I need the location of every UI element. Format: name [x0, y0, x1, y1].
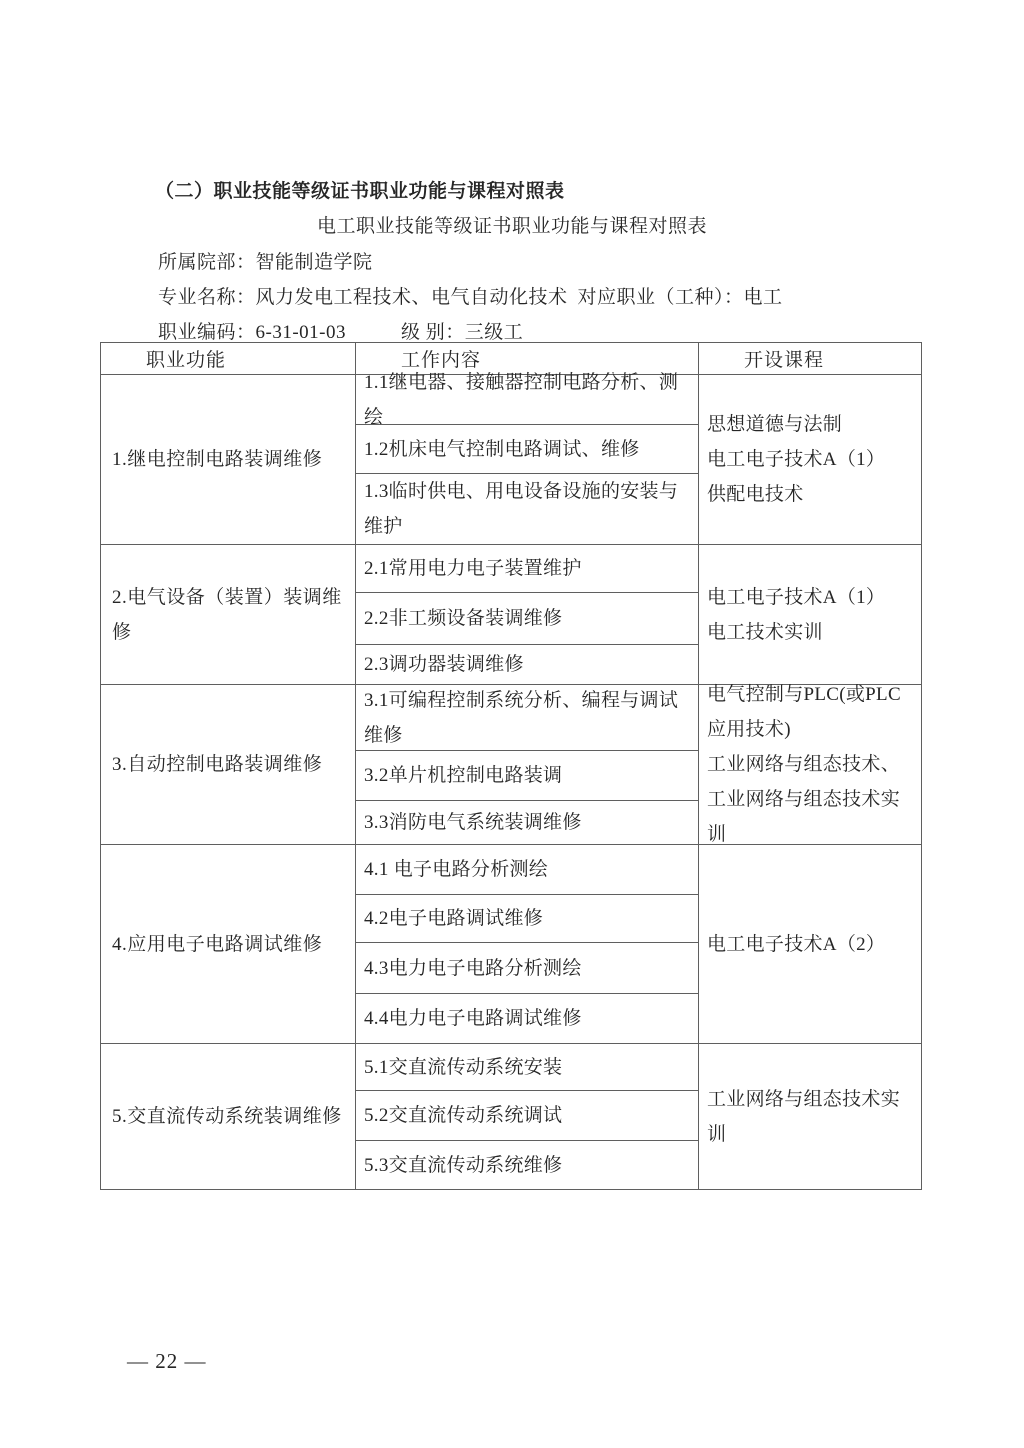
level-label: 级 别：: [401, 322, 465, 343]
course-item: 电工电子技术A（1）: [707, 580, 915, 615]
task-cell: 4.3电力电子电路分析测绘: [356, 942, 698, 993]
task-cell: 2.2非工频设备装调维修: [356, 592, 698, 644]
courses-cell: 工业网络与组态技术实训: [699, 1044, 921, 1189]
tasks-cell-group: 5.1交直流传动系统安装 5.2交直流传动系统调试 5.3交直流传动系统维修: [356, 1044, 699, 1189]
course-item: 电工电子技术A（2）: [707, 927, 915, 962]
page-number: — 22 —: [127, 1349, 207, 1374]
task-cell: 1.3临时供电、用电设备设施的安装与维护: [356, 473, 698, 544]
task-cell: 4.2电子电路调试维修: [356, 894, 698, 942]
tasks-cell-group: 3.1可编程控制系统分析、编程与调试维修 3.2单片机控制电路装调 3.3消防电…: [356, 685, 699, 844]
code-level-info: 职业编码：6-31-01-03级 别：三级工: [158, 317, 523, 344]
function-cell: 4.应用电子电路调试维修: [101, 845, 356, 1043]
course-item: 供配电技术: [707, 477, 915, 512]
table-row: 1.继电控制电路装调维修 1.1继电器、接触器控制电路分析、测绘 1.2机床电气…: [101, 374, 921, 544]
course-item: 电气控制与PLC(或PLC应用技术): [707, 677, 915, 747]
col-header-courses: 开设课程: [699, 343, 921, 374]
major-info: 专业名称：风力发电工程技术、电气自动化技术对应职业（工种）：电工: [158, 282, 783, 309]
course-item: 工业网络与组态技术、工业网络与组态技术实训: [707, 747, 915, 852]
task-cell: 4.4电力电子电路调试维修: [356, 993, 698, 1043]
task-cell: 5.2交直流传动系统调试: [356, 1090, 698, 1140]
department-value: 智能制造学院: [256, 252, 373, 273]
tasks-cell-group: 1.1继电器、接触器控制电路分析、测绘 1.2机床电气控制电路调试、维修 1.3…: [356, 375, 699, 544]
table-row: 3.自动控制电路装调维修 3.1可编程控制系统分析、编程与调试维修 3.2单片机…: [101, 684, 921, 844]
department-info: 所属院部：智能制造学院: [158, 247, 373, 274]
table-caption: 电工职业技能等级证书职业功能与课程对照表: [0, 211, 1024, 238]
level-value: 三级工: [465, 322, 524, 343]
function-cell: 1.继电控制电路装调维修: [101, 375, 356, 544]
task-cell: 1.1继电器、接触器控制电路分析、测绘: [356, 375, 698, 424]
document-page: （二）职业技能等级证书职业功能与课程对照表 电工职业技能等级证书职业功能与课程对…: [0, 0, 1024, 1448]
table-row: 2.电气设备（装置）装调维修 2.1常用电力电子装置维护 2.2非工频设备装调维…: [101, 544, 921, 684]
function-cell: 2.电气设备（装置）装调维修: [101, 545, 356, 684]
course-item: 电工技术实训: [707, 615, 915, 650]
course-item: 工业网络与组态技术实训: [707, 1082, 915, 1152]
function-cell: 5.交直流传动系统装调维修: [101, 1044, 356, 1189]
code-label: 职业编码：: [158, 322, 256, 343]
section-heading: （二）职业技能等级证书职业功能与课程对照表: [155, 176, 565, 203]
course-item: 思想道德与法制: [707, 407, 915, 442]
certificate-course-table: 职业功能 工作内容 开设课程 1.继电控制电路装调维修 1.1继电器、接触器控制…: [100, 342, 922, 1190]
occupation-value: 电工: [744, 287, 783, 308]
department-label: 所属院部：: [158, 252, 256, 273]
courses-cell: 电工电子技术A（1） 电工技术实训: [699, 545, 921, 684]
task-cell: 5.3交直流传动系统维修: [356, 1140, 698, 1189]
task-cell: 3.3消防电气系统装调维修: [356, 800, 698, 844]
task-cell: 4.1 电子电路分析测绘: [356, 845, 698, 894]
courses-cell: 电气控制与PLC(或PLC应用技术) 工业网络与组态技术、工业网络与组态技术实训: [699, 685, 921, 844]
table-row: 5.交直流传动系统装调维修 5.1交直流传动系统安装 5.2交直流传动系统调试 …: [101, 1043, 921, 1189]
courses-cell: 电工电子技术A（2）: [699, 845, 921, 1043]
major-label: 专业名称：: [158, 287, 256, 308]
function-cell: 3.自动控制电路装调维修: [101, 685, 356, 844]
course-item: 电工电子技术A（1）: [707, 442, 915, 477]
task-cell: 3.1可编程控制系统分析、编程与调试维修: [356, 685, 698, 750]
col-header-function: 职业功能: [101, 343, 356, 374]
task-cell: 2.3调功器装调维修: [356, 644, 698, 684]
task-cell: 5.1交直流传动系统安装: [356, 1044, 698, 1090]
table-row: 4.应用电子电路调试维修 4.1 电子电路分析测绘 4.2电子电路调试维修 4.…: [101, 844, 921, 1043]
tasks-cell-group: 4.1 电子电路分析测绘 4.2电子电路调试维修 4.3电力电子电路分析测绘 4…: [356, 845, 699, 1043]
task-cell: 3.2单片机控制电路装调: [356, 750, 698, 800]
code-value: 6-31-01-03: [256, 322, 346, 343]
tasks-cell-group: 2.1常用电力电子装置维护 2.2非工频设备装调维修 2.3调功器装调维修: [356, 545, 699, 684]
courses-cell: 思想道德与法制 电工电子技术A（1） 供配电技术: [699, 375, 921, 544]
occupation-label: 对应职业（工种）：: [578, 287, 744, 308]
task-cell: 2.1常用电力电子装置维护: [356, 545, 698, 592]
task-cell: 1.2机床电气控制电路调试、维修: [356, 424, 698, 473]
major-value: 风力发电工程技术、电气自动化技术: [256, 287, 568, 308]
